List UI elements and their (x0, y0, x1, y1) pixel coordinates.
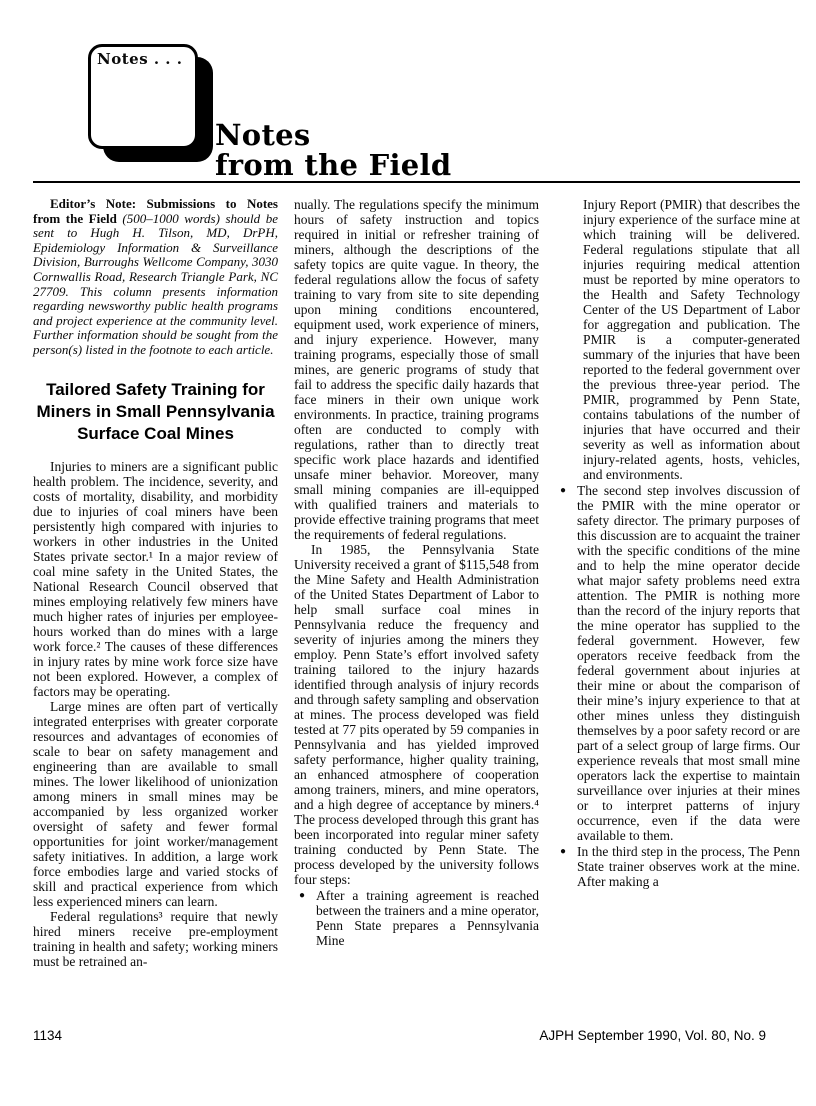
section-title-line1: Notes (215, 120, 451, 150)
col1-paragraph-2: Large mines are often part of vertically… (33, 699, 278, 909)
list-item-step-3: ● In the third step in the process, The … (555, 844, 800, 889)
editor-note-body: (500–1000 words) should be sent to Hugh … (33, 211, 278, 357)
notes-logo-label: Notes . . . (91, 47, 182, 68)
page-number: 1134 (33, 1028, 62, 1043)
article-body: Editor’s Note: Submissions to Notes from… (33, 197, 800, 969)
col1-paragraph-3: Federal regulations³ require that newly … (33, 909, 278, 969)
bullet-icon: ● (294, 888, 316, 948)
list-item-text: After a training agreement is reached be… (316, 888, 539, 948)
column-3: Injury Report (PMIR) that describes the … (555, 197, 800, 889)
column-1: Editor’s Note: Submissions to Notes from… (33, 197, 278, 969)
bullet-icon: ● (555, 483, 577, 843)
journal-citation: AJPH September 1990, Vol. 80, No. 9 (539, 1028, 766, 1043)
page-footer: 1134 AJPH September 1990, Vol. 80, No. 9 (33, 1028, 766, 1043)
list-item-step-1-continued: Injury Report (PMIR) that describes the … (583, 197, 800, 482)
col1-paragraph-1: Injuries to miners are a significant pub… (33, 459, 278, 699)
journal-page: Notes . . . Notes from the Field Editor’… (0, 0, 816, 1106)
col2-paragraph-1: nually. The regulations specify the mini… (294, 197, 539, 542)
editor-note: Editor’s Note: Submissions to Notes from… (33, 197, 278, 358)
column-2: nually. The regulations specify the mini… (294, 197, 539, 948)
masthead: Notes . . . Notes from the Field (33, 44, 800, 172)
list-item-step-2: ● The second step involves discussion of… (555, 483, 800, 843)
section-title-line2: from the Field (215, 150, 451, 180)
col2-paragraph-2: In 1985, the Pennsylvania State Universi… (294, 542, 539, 887)
notes-logo-card: Notes . . . (88, 44, 198, 149)
article-title: Tailored Safety Training for Miners in S… (35, 379, 276, 446)
section-title: Notes from the Field (215, 120, 451, 180)
list-item-text: The second step involves discussion of t… (577, 483, 800, 843)
list-item-step-1: ● After a training agreement is reached … (294, 888, 539, 948)
notes-logo: Notes . . . (88, 44, 218, 166)
list-item-text: In the third step in the process, The Pe… (577, 844, 800, 889)
bullet-icon: ● (555, 844, 577, 889)
